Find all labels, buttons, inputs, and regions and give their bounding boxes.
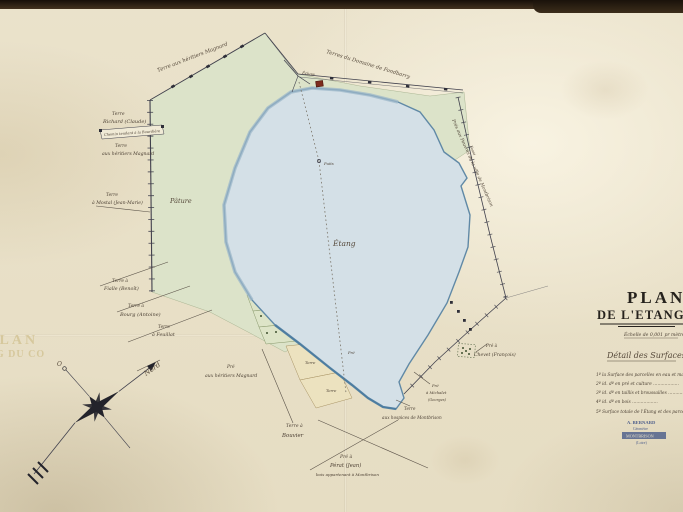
stamp-line-1: A. BERNARD [627, 420, 656, 425]
compass-west-circle [63, 367, 67, 371]
label-parcel-terre-a: Terre [305, 360, 316, 365]
title-line1: PLAN [627, 288, 683, 307]
label-feuillat-1: Terre [158, 325, 170, 330]
label-fialle-1: Terre à [112, 279, 128, 284]
compass-tail-fletching [28, 462, 48, 484]
detail-heading: Détail des Surfaces [606, 351, 683, 360]
detail-line-3: 3º id. dº en taillis et broussailles ………… [596, 390, 683, 396]
compass-star-secondary [82, 392, 112, 422]
detail-line-5: 5º Surface totale de l'Étang et des parc… [596, 409, 683, 415]
surveyor-stamp: A. BERNARD Géomètre MONTBRISON (Loire) [622, 420, 666, 445]
label-puits: Puits [323, 161, 334, 166]
building-marker [316, 80, 324, 87]
label-bourg-2: Bourg (Antoine) [119, 311, 161, 318]
label-etang: Étang [332, 239, 356, 248]
ghost-title-line2: DE L'ETANG DU CO [0, 349, 45, 360]
label-domaine-fondbarry: Terres du Domaine de Fondbarry [325, 49, 410, 80]
pond-shape [224, 88, 470, 409]
ghost-title: PLAN DE L'ETANG DU CO [0, 333, 45, 360]
label-michalet-3: (Georges) [428, 398, 447, 402]
detail-line-1: 1º la Surface des parcelles en eau et ma… [596, 372, 683, 378]
label-perat-3: bois appartenant à Montbrison [316, 472, 379, 477]
detail-line-4: 4º id. dº en bois ……………… [595, 399, 658, 405]
compass-west-label: O [57, 361, 62, 368]
label-magnard2-2: aux héritiers Magnard [102, 150, 154, 157]
label-perat-2: Pérat (Jean) [329, 462, 361, 469]
label-pature: Pâture [169, 197, 192, 205]
label-feuillat-2: à Feuillat [152, 331, 175, 338]
title-line2: DE L'ETANG DU CO [597, 308, 683, 322]
compass-axis-se [105, 418, 130, 448]
label-richard-1: Terre [112, 111, 125, 117]
compass-axis-sw [34, 423, 75, 474]
label-hospices-1: Terre [404, 406, 416, 411]
compass-rose: Nord O [28, 360, 162, 484]
label-bourg-1: Terre à [128, 304, 144, 309]
title-underline [600, 324, 683, 327]
stamp-line-3: MONTBRISON [626, 434, 654, 439]
scanned-map-photo: PLAN DE L'ETANG DU CO [0, 0, 683, 512]
label-michalet-2: à Michalet [426, 390, 447, 395]
compass-north-label: Nord [142, 360, 163, 378]
label-mostal-2: à Mostal (Jean-Marie) [92, 199, 143, 206]
label-parcel-pre: Pré [347, 350, 355, 355]
label-fialle-2: Fialle (Benoît) [103, 285, 139, 292]
label-pre-magnard-1: Pré [226, 365, 235, 370]
stamp-line-4: (Loire) [636, 441, 647, 445]
title-block: PLAN DE L'ETANG DU CO Échelle de 0,001 p… [595, 288, 683, 445]
label-richard-2: Richard (Claude) [102, 118, 146, 125]
label-bouvier-1: Terre à [286, 422, 303, 429]
ghost-title-line1: PLAN [0, 333, 38, 348]
label-parcel-terre-b: Terre [326, 388, 337, 393]
compass-axis-nw [66, 370, 89, 396]
planted-square-parcel [458, 343, 476, 357]
map-drawing: PLAN DE L'ETANG DU CO [0, 0, 683, 512]
label-chevet-2: Chevet (François) [474, 351, 516, 358]
label-perat-1: Pré à [339, 453, 352, 460]
scale-note: Échelle de 0,001 pr mètre [623, 330, 683, 338]
east-extension-line [506, 286, 548, 298]
stamp-line-2: Géomètre [633, 427, 648, 431]
label-bouvier-2: Bouvier [281, 433, 304, 439]
label-pre-magnard-2: aux héritiers Magnard [205, 372, 257, 379]
label-mostal-1: Terre [106, 193, 118, 198]
label-michalet-1: Pré [431, 383, 439, 388]
label-hospices-2: aux hospices de Montbrison [382, 415, 442, 420]
detail-line-2: 2º id. dº en pré et culture ……………… [595, 381, 679, 387]
label-chevet-1: Pré à [485, 343, 498, 348]
label-magnard2-1: Terre [115, 144, 127, 149]
